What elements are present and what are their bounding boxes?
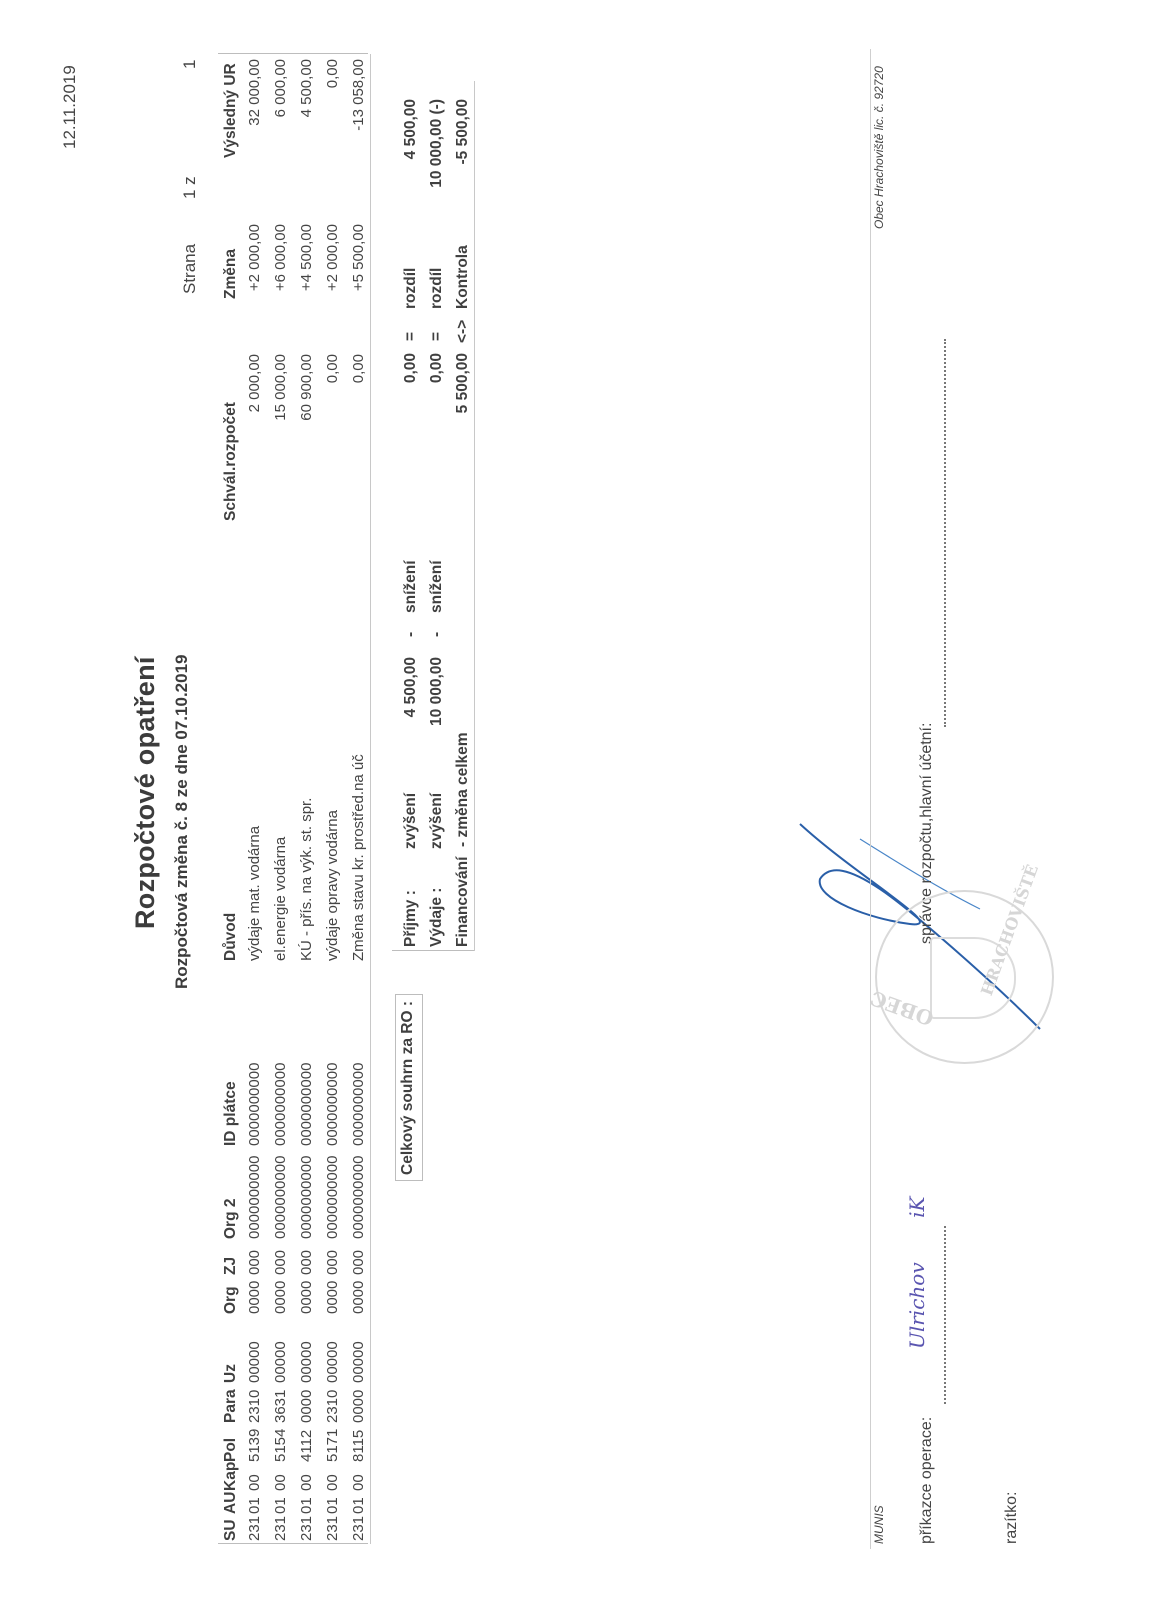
cell-vysledny: 4 500,00 bbox=[298, 59, 315, 169]
financing-name: Financování bbox=[454, 857, 472, 947]
cell-org2: 0000000000 bbox=[324, 1156, 341, 1239]
summary-inc-label: zvýšení bbox=[428, 793, 446, 849]
cell-kap: 00 bbox=[324, 1474, 341, 1491]
summary-inc-label: zvýšení bbox=[402, 793, 420, 849]
summary-eq: = bbox=[428, 332, 446, 341]
stamp-label: razítko: bbox=[1003, 1492, 1021, 1544]
cell-schval: 15 000,00 bbox=[272, 354, 289, 469]
summary-name: Výdaje : bbox=[428, 888, 446, 947]
summary-label: Celkový souhrn za RO : bbox=[399, 1001, 417, 1175]
cell-para: 0000 bbox=[350, 1390, 367, 1423]
summary-diff: 10 000,00 (-) bbox=[428, 99, 446, 209]
cell-pol: 5139 bbox=[246, 1429, 263, 1462]
cell-zmena: +5 500,00 bbox=[350, 224, 367, 324]
col-org: Org bbox=[222, 1286, 240, 1314]
cell-id-platce: 0000000000 bbox=[298, 1063, 315, 1146]
cell-para: 2310 bbox=[324, 1390, 341, 1423]
cell-schval: 60 900,00 bbox=[298, 354, 315, 469]
col-org2: Org 2 bbox=[222, 1199, 240, 1239]
cell-zmena: +2 000,00 bbox=[324, 224, 341, 324]
page-total: 1 bbox=[180, 60, 200, 69]
cell-uz: 00000 bbox=[324, 1341, 341, 1383]
cell-duvod: výdaje mat. vodárna bbox=[246, 826, 263, 961]
col-au: AU bbox=[222, 1492, 240, 1514]
col-duvod: Důvod bbox=[222, 913, 240, 961]
page-subtitle: Rozpočtová změna č. 8 ze dne 07.10.2019 bbox=[172, 655, 192, 989]
summary-dec-label: snížení bbox=[428, 560, 446, 613]
cell-zmena: +6 000,00 bbox=[272, 224, 289, 324]
financing-arrow: <-> bbox=[454, 320, 472, 343]
cell-org: 0000 bbox=[324, 1281, 341, 1314]
col-uz: Uz bbox=[222, 1364, 240, 1383]
cell-id-platce: 0000000000 bbox=[272, 1063, 289, 1146]
summary-minus: - bbox=[428, 632, 446, 637]
signer2-line[interactable] bbox=[933, 339, 951, 727]
col-id-platce: ID plátce bbox=[222, 1081, 240, 1146]
cell-uz: 00000 bbox=[246, 1341, 263, 1383]
cell-schval: 0,00 bbox=[324, 354, 341, 469]
cell-duvod: výdaje opravy vodárna bbox=[324, 810, 341, 961]
cell-pol: 5171 bbox=[324, 1429, 341, 1462]
col-zj: ZJ bbox=[222, 1257, 240, 1275]
financing-value: 5 500,00 bbox=[454, 353, 472, 453]
cell-au: 01 bbox=[246, 1497, 263, 1514]
summary-diff-label: rozdíl bbox=[402, 268, 420, 309]
col-schval: Schvál.rozpočet bbox=[222, 402, 240, 521]
cell-pol: 4112 bbox=[298, 1430, 315, 1462]
cell-uz: 00000 bbox=[350, 1341, 367, 1383]
cell-schval: 2 000,00 bbox=[246, 354, 263, 469]
cell-vysledny: 0,00 bbox=[324, 59, 341, 169]
summary-diff: 4 500,00 bbox=[402, 99, 420, 209]
cell-uz: 00000 bbox=[298, 1341, 315, 1383]
page-label: Strana bbox=[180, 244, 200, 294]
col-pol: Pol bbox=[222, 1438, 240, 1462]
cell-vysledny: 6 000,00 bbox=[272, 59, 289, 169]
col-para: Para bbox=[222, 1389, 240, 1423]
check-value: -5 500,00 bbox=[454, 99, 472, 199]
cell-au: 01 bbox=[272, 1497, 289, 1514]
cell-org2: 0000000000 bbox=[272, 1156, 289, 1239]
cell-uz: 00000 bbox=[272, 1341, 289, 1383]
cell-kap: 00 bbox=[350, 1474, 367, 1491]
signer1-line[interactable] bbox=[933, 1226, 951, 1404]
signature-commander: Ulrichov iK bbox=[905, 1197, 929, 1349]
cell-au: 01 bbox=[350, 1497, 367, 1514]
cell-zj: 000 bbox=[298, 1250, 315, 1275]
summary-diff-label: rozdíl bbox=[428, 268, 446, 309]
cell-kap: 00 bbox=[298, 1474, 315, 1491]
cell-id-platce: 0000000000 bbox=[324, 1063, 341, 1146]
cell-vysledny: 32 000,00 bbox=[246, 59, 263, 169]
col-vysledny: Výsledný UR bbox=[222, 63, 240, 158]
cell-su: 231 bbox=[298, 1516, 315, 1541]
col-su: SU bbox=[222, 1519, 240, 1541]
cell-duvod: el.energie vodárna bbox=[272, 837, 289, 961]
cell-id-platce: 0000000000 bbox=[350, 1063, 367, 1146]
cell-org: 0000 bbox=[350, 1281, 367, 1314]
cell-org2: 0000000000 bbox=[246, 1156, 263, 1239]
cell-au: 01 bbox=[324, 1497, 341, 1514]
page-current: 1 z bbox=[180, 176, 200, 199]
cell-id-platce: 0000000000 bbox=[246, 1063, 263, 1146]
cell-duvod: Změna stavu kr. prostřed.na úč bbox=[350, 754, 367, 961]
cell-duvod: KÚ - přís. na výk. st. spr. bbox=[298, 798, 315, 961]
cell-zj: 000 bbox=[272, 1250, 289, 1275]
summary-dec: 0,00 bbox=[402, 353, 420, 453]
check-label: Kontrola bbox=[454, 245, 472, 309]
cell-para: 3631 bbox=[272, 1390, 289, 1423]
cell-para: 2310 bbox=[246, 1390, 263, 1423]
cell-zj: 000 bbox=[324, 1250, 341, 1275]
cell-zj: 000 bbox=[246, 1250, 263, 1275]
summary-name: Příjmy : bbox=[402, 890, 420, 947]
cell-vysledny: -13 058,00 bbox=[350, 59, 367, 169]
cell-pol: 8115 bbox=[350, 1430, 367, 1462]
summary-minus: - bbox=[402, 632, 420, 637]
cell-su: 231 bbox=[246, 1516, 263, 1541]
cell-schval: 0,00 bbox=[350, 354, 367, 469]
cell-org2: 0000000000 bbox=[350, 1156, 367, 1239]
cell-zj: 000 bbox=[350, 1250, 367, 1275]
summary-dec: 0,00 bbox=[428, 353, 446, 453]
cell-zmena: +4 500,00 bbox=[298, 224, 315, 324]
cell-au: 01 bbox=[298, 1497, 315, 1514]
financing-label: - změna celkem bbox=[454, 732, 472, 847]
cell-su: 231 bbox=[324, 1516, 341, 1541]
print-date: 12.11.2019 bbox=[60, 65, 80, 149]
cell-su: 231 bbox=[350, 1516, 367, 1541]
cell-para: 0000 bbox=[298, 1390, 315, 1423]
cell-org: 0000 bbox=[298, 1281, 315, 1314]
cell-org: 0000 bbox=[272, 1281, 289, 1314]
cell-kap: 00 bbox=[272, 1474, 289, 1491]
summary-inc: 4 500,00 bbox=[402, 657, 420, 757]
cell-su: 231 bbox=[272, 1516, 289, 1541]
signer1-label: příkazce operace: bbox=[918, 1417, 936, 1544]
col-kap: Kap bbox=[222, 1462, 240, 1491]
cell-pol: 5154 bbox=[272, 1429, 289, 1462]
cell-zmena: +2 000,00 bbox=[246, 224, 263, 324]
page-title: Rozpočtové opatření bbox=[130, 656, 161, 929]
cell-org2: 0000000000 bbox=[298, 1156, 315, 1239]
document-page: 12.11.2019 Strana 1 z 1 Rozpočtové opatř… bbox=[0, 0, 1163, 1599]
summary-inc: 10 000,00 bbox=[428, 657, 446, 757]
summary-eq: = bbox=[402, 332, 420, 341]
col-zmena: Změna bbox=[222, 249, 240, 299]
cell-org: 0000 bbox=[246, 1281, 263, 1314]
software-label: MUNIS bbox=[872, 1505, 886, 1544]
cell-kap: 00 bbox=[246, 1474, 263, 1491]
summary-dec-label: snížení bbox=[402, 560, 420, 613]
license-label: Obec Hrachoviště lic. č. 92720 bbox=[872, 66, 886, 229]
